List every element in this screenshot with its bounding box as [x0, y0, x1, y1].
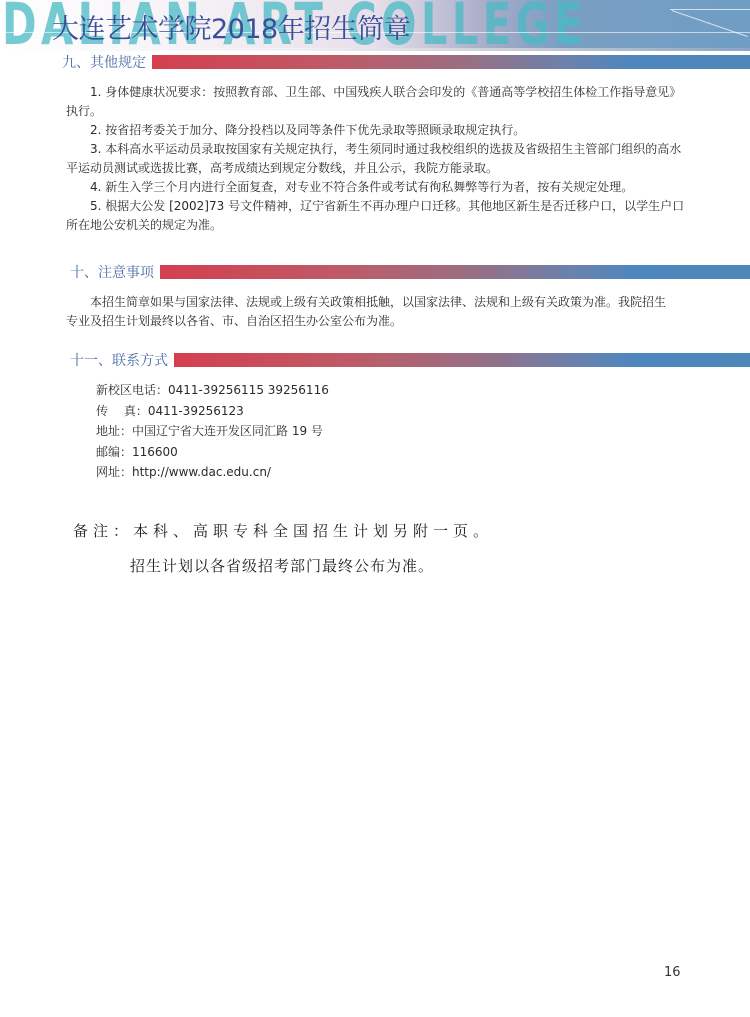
section-11-gradient-bar: [174, 353, 750, 367]
section-10-heading: 十、注意事项: [70, 264, 750, 279]
notice-text: 本招生简章如果与国家法律、法规或上级有关政策相抵触，以国家法律、法规和上级有关政…: [66, 293, 666, 331]
section-10-body: 本招生简章如果与国家法律、法规或上级有关政策相抵触，以国家法律、法规和上级有关政…: [66, 293, 666, 331]
section-9-label: 九、其他规定: [62, 52, 146, 72]
contact-info: 新校区电话：0411-39256115 39256116 传 真：0411-39…: [96, 380, 496, 483]
rule-1: 1. 身体健康状况要求：按照教育部、卫生部、中国残疾人联合会印发的《普通高等学校…: [66, 83, 686, 121]
contact-website: 网址：http://www.dac.edu.cn/: [96, 462, 496, 483]
rule-5: 5. 根据大公发 [2002]73 号文件精神，辽宁省新生不再办理户口迁移。其他…: [66, 197, 686, 235]
note-line-2: 招生计划以各省级招考部门最终公布为准。: [130, 555, 434, 576]
header-decor-line: [670, 9, 750, 10]
section-10-label: 十、注意事项: [70, 262, 154, 282]
page-header: DALIAN ART COLLEGE 大连艺术学院2018年招生简章: [0, 0, 750, 48]
section-11-heading: 十一、联系方式: [70, 352, 750, 367]
rule-2: 2. 按省招考委关于加分、降分投档以及同等条件下优先录取等照顾录取规定执行。: [66, 121, 686, 140]
rule-4: 4. 新生入学三个月内进行全面复查，对专业不符合条件或考试有徇私舞弊等行为者，按…: [66, 178, 686, 197]
section-11-label: 十一、联系方式: [70, 350, 168, 370]
contact-postcode: 邮编：116600: [96, 442, 496, 463]
rule-3: 3. 本科高水平运动员录取按国家有关规定执行，考生须同时通过我校组织的选拔及省级…: [66, 140, 686, 178]
section-9-gradient-bar: [152, 55, 750, 69]
section-9-body: 1. 身体健康状况要求：按照教育部、卫生部、中国残疾人联合会印发的《普通高等学校…: [66, 83, 686, 235]
contact-phone: 新校区电话：0411-39256115 39256116: [96, 380, 496, 401]
page-title: 大连艺术学院2018年招生简章: [52, 7, 410, 46]
contact-fax: 传 真：0411-39256123: [96, 401, 496, 422]
page-number: 16: [664, 965, 681, 980]
section-9-heading: 九、其他规定: [62, 54, 750, 69]
note-line-1: 备注：本科、高职专科全国招生计划另附一页。: [73, 520, 493, 541]
section-10-gradient-bar: [160, 265, 750, 279]
contact-address: 地址：中国辽宁省大连开发区同汇路 19 号: [96, 421, 496, 442]
